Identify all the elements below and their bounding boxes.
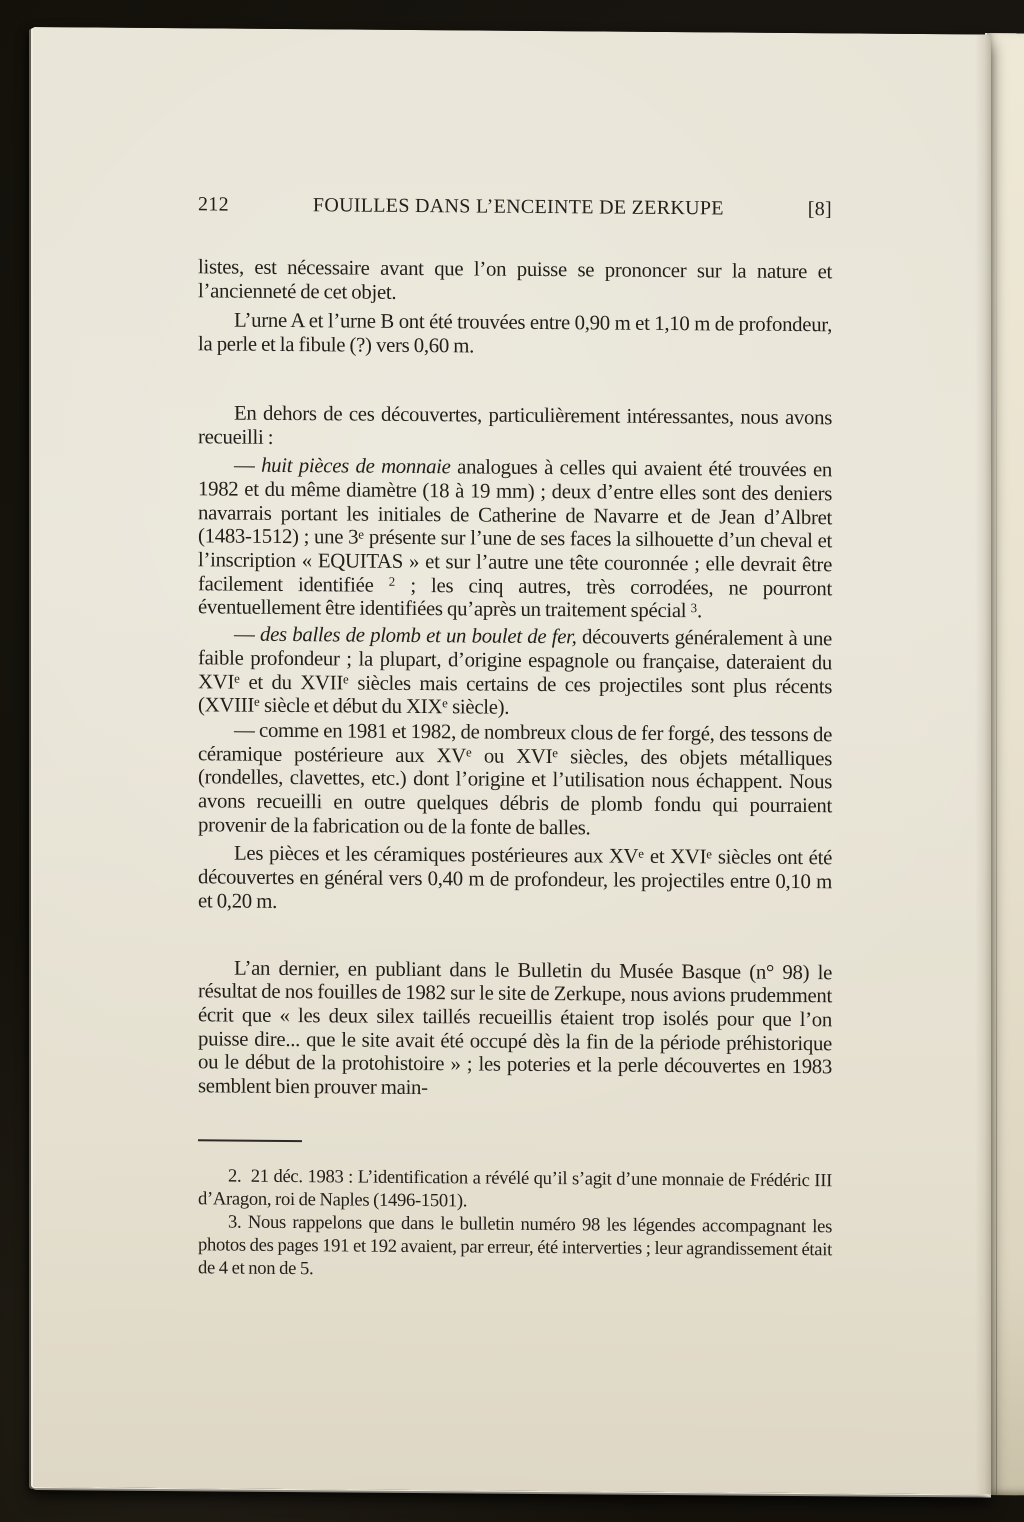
- text-segment: —: [234, 454, 261, 477]
- text-segment: L’urne A et l’urne B ont été trouvées en…: [198, 309, 832, 358]
- book-page: 212 FOUILLES DANS L’ENCEINTE DE ZERKUPE …: [33, 27, 991, 1495]
- page-content: 212 FOUILLES DANS L’ENCEINTE DE ZERKUPE …: [198, 192, 832, 1284]
- text-segment: 2. 21 déc. 1983 : L’identification a rév…: [198, 1165, 832, 1211]
- running-title: FOUILLES DANS L’ENCEINTE DE ZERKUPE: [313, 193, 724, 220]
- text-segment: listes, est nécessaire avant que l’on pu…: [198, 255, 832, 303]
- text-segment: ou XVI: [472, 744, 553, 768]
- footnote: 3. Nous rappelons que dans le bulletin n…: [198, 1210, 832, 1284]
- text-segment: .: [697, 600, 702, 623]
- italic-phrase: huit pièces de monnaie: [261, 454, 451, 478]
- paragraph: En dehors de ces découvertes, particuliè…: [198, 401, 832, 453]
- paragraph: — des balles de plomb et un boulet de fe…: [198, 622, 832, 722]
- photographed-book-spread: { "colors":{ "backdrop":"#17140f", "pape…: [0, 0, 1024, 1522]
- text-segment: 3. Nous rappelons que dans le bulletin n…: [198, 1211, 832, 1279]
- superscript: 3: [691, 601, 697, 615]
- text-segment: siècle et début du XIX: [260, 694, 442, 718]
- superscript: e: [358, 527, 364, 541]
- article-page-ref: [8]: [808, 197, 832, 221]
- paragraph: — comme en 1981 et 1982, de nombreux clo…: [198, 718, 832, 841]
- paragraph: L’an dernier, en publiant dans le Bullet…: [198, 956, 832, 1103]
- footnote: 2. 21 déc. 1983 : L’identification a rév…: [198, 1164, 832, 1215]
- superscript: e: [254, 695, 260, 709]
- superscript: 2: [389, 575, 395, 589]
- paragraph: L’urne A et l’urne B ont été trouvées en…: [198, 309, 832, 361]
- superscript: e: [706, 847, 712, 861]
- text-segment: Les pièces et les céramiques postérieure…: [234, 842, 638, 868]
- body-text: listes, est nécessaire avant que l’on pu…: [198, 255, 832, 1103]
- superscript: e: [343, 672, 349, 686]
- text-segment: et du XVII: [240, 670, 343, 694]
- text-segment: —: [234, 623, 260, 646]
- text-segment: En dehors de ces découvertes, particuliè…: [198, 401, 832, 448]
- running-header: 212 FOUILLES DANS L’ENCEINTE DE ZERKUPE …: [198, 192, 832, 221]
- paragraph: Les pièces et les céramiques postérieure…: [198, 842, 832, 918]
- footnote-separator: [198, 1139, 302, 1142]
- text-segment: L’an dernier, en publiant dans le Bullet…: [198, 956, 832, 1099]
- superscript: e: [234, 671, 240, 685]
- page-number: 212: [198, 192, 229, 216]
- superscript: e: [466, 745, 472, 759]
- paragraph: listes, est nécessaire avant que l’on pu…: [198, 255, 832, 307]
- text-segment: et XVI: [644, 845, 706, 868]
- paragraph: — huit pièces de monnaie analogues à cel…: [198, 454, 832, 625]
- superscript: e: [638, 846, 644, 860]
- italic-phrase: des balles de plomb et un boulet de fer,: [260, 623, 577, 648]
- superscript: e: [552, 746, 558, 760]
- footnotes: 2. 21 déc. 1983 : L’identification a rév…: [198, 1164, 832, 1284]
- text-segment: siècle).: [448, 696, 509, 719]
- superscript: e: [442, 697, 448, 711]
